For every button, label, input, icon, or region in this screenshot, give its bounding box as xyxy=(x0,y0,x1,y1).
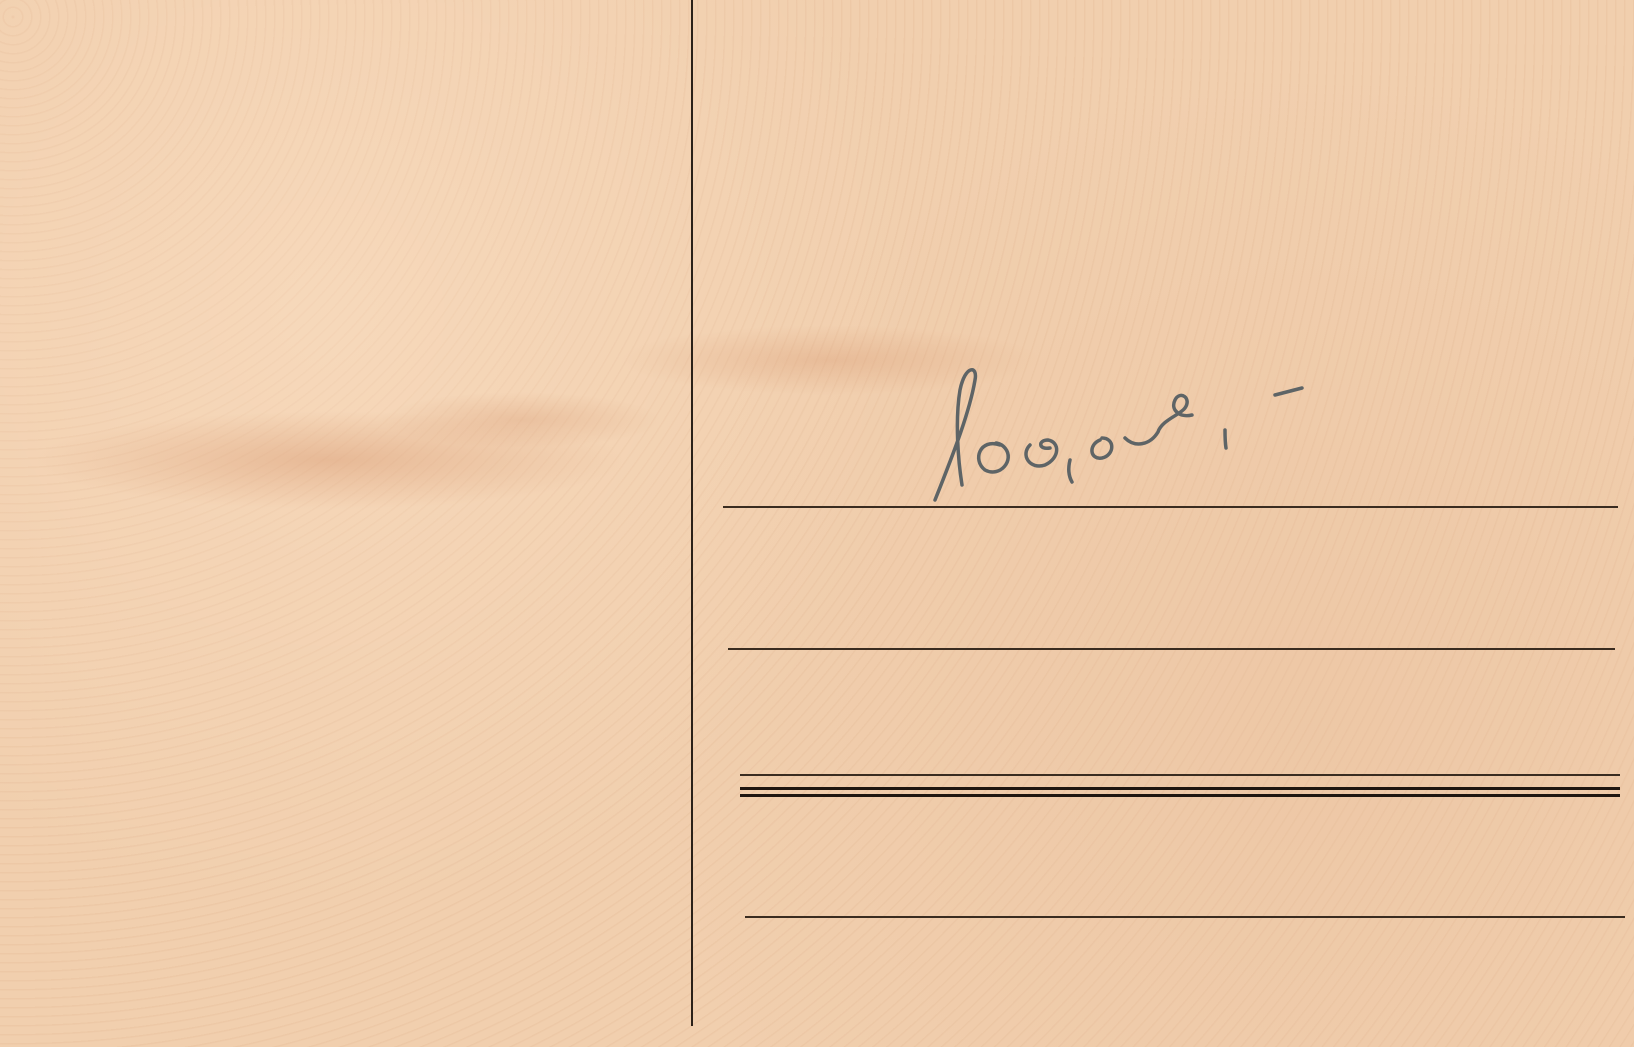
postcard-back: 100,00.- xyxy=(0,0,1634,1047)
address-line-3-thick-lower xyxy=(740,794,1620,797)
handwritten-price: 100,00.- xyxy=(930,360,1430,510)
address-line-3-thin xyxy=(740,774,1620,776)
pencil-scribble-icon xyxy=(930,360,1430,510)
address-line-1 xyxy=(723,506,1618,508)
center-divider-line xyxy=(691,0,693,1026)
address-line-4 xyxy=(745,916,1625,918)
address-line-2 xyxy=(728,648,1615,650)
address-line-3-thick-upper xyxy=(740,787,1620,790)
